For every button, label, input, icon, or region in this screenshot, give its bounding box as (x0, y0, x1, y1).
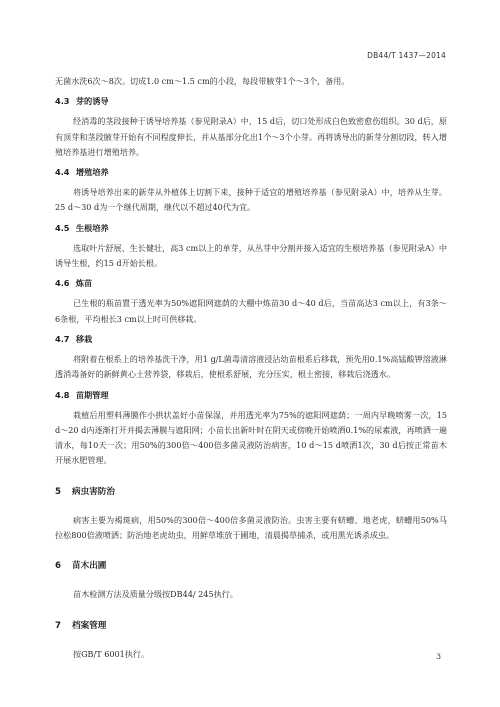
paragraph-nursery-exit: 苗木检测方法及质量分级按DB44/ 245执行。 (55, 587, 447, 602)
paragraph-bud-induction: 经消毒的茎段接种于诱导培养基（参见附录A）中，15 d后，切口处形成白色致密愈伤… (55, 114, 447, 160)
paragraph-proliferation: 将诱导培养出来的新芽从外植体上切割下来，接种于适宜的增殖培养基（参见附录A）中，… (55, 185, 447, 216)
section-heading-6: 6 苗木出圃 (55, 559, 447, 571)
section-number: 4.7 (55, 334, 73, 344)
section-heading-4-3: 4.3 芽的诱导 (55, 96, 447, 107)
section-heading-5: 5 病虫害防治 (55, 485, 447, 497)
section-heading-4-7: 4.7 移栽 (55, 334, 447, 345)
section-title: 炼苗 (76, 278, 92, 288)
paragraph-archive: 按GB/T 6001执行。 (55, 647, 447, 662)
section-heading-4-4: 4.4 增殖培养 (55, 167, 447, 178)
section-heading-4-5: 4.5 生根培养 (55, 223, 447, 234)
section-heading-7: 7 档案管理 (55, 619, 447, 631)
section-number: 4.3 (55, 96, 73, 106)
section-title: 移栽 (76, 334, 92, 344)
section-title: 生根培养 (76, 223, 109, 233)
section-number: 6 (55, 561, 69, 571)
document-body: 无菌水洗6次～8次。切成1.0 cm～1.5 cm的小段，每段带腋芽1个～3个，… (55, 74, 447, 662)
paragraph-seedling-management: 栽植后用塑料薄膜作小拱状盖好小苗保湿，并用透光率为75%的遮阳网遮荫；一周内早晚… (55, 408, 447, 469)
section-title: 增殖培养 (76, 167, 109, 177)
paragraph-rinse-cut: 无菌水洗6次～8次。切成1.0 cm～1.5 cm的小段，每段带腋芽1个～3个，… (55, 74, 447, 89)
section-title: 苗木出圃 (72, 561, 106, 571)
section-number: 4.6 (55, 278, 73, 288)
section-heading-4-6: 4.6 炼苗 (55, 278, 447, 289)
section-title: 病虫害防治 (72, 487, 115, 497)
section-number: 4.5 (55, 223, 73, 233)
paragraph-pest-control: 病害主要为褐斑病，用50%的300倍～400倍多菌灵液防治。虫害主要有蛴螬、地老… (55, 513, 447, 544)
page-number: 3 (436, 652, 441, 661)
section-number: 4.4 (55, 167, 73, 177)
section-title: 档案管理 (72, 621, 106, 631)
section-title: 苗期管理 (76, 390, 109, 400)
paragraph-transplant: 将附着在根系上的培养基洗干净，用1 g/L菌毒清溶液浸沾幼苗根系后移栽，预先用0… (55, 352, 447, 383)
document-code-header: DB44/T 1437—2014 (367, 51, 446, 60)
paragraph-hardening: 已生根的瓶苗置于透光率为50%遮阳网遮荫的大棚中炼苗30 d～40 d后，当苗高… (55, 296, 447, 327)
paragraph-rooting: 选取叶片舒展、生长健壮，高3 cm以上的单芽，从丛芽中分割并接入适宜的生根培养基… (55, 241, 447, 272)
section-number: 7 (55, 621, 69, 631)
section-number: 4.8 (55, 390, 73, 400)
section-number: 5 (55, 487, 69, 497)
section-heading-4-8: 4.8 苗期管理 (55, 390, 447, 401)
section-title: 芽的诱导 (76, 96, 109, 106)
document-page: DB44/T 1437—2014 无菌水洗6次～8次。切成1.0 cm～1.5 … (0, 0, 500, 707)
